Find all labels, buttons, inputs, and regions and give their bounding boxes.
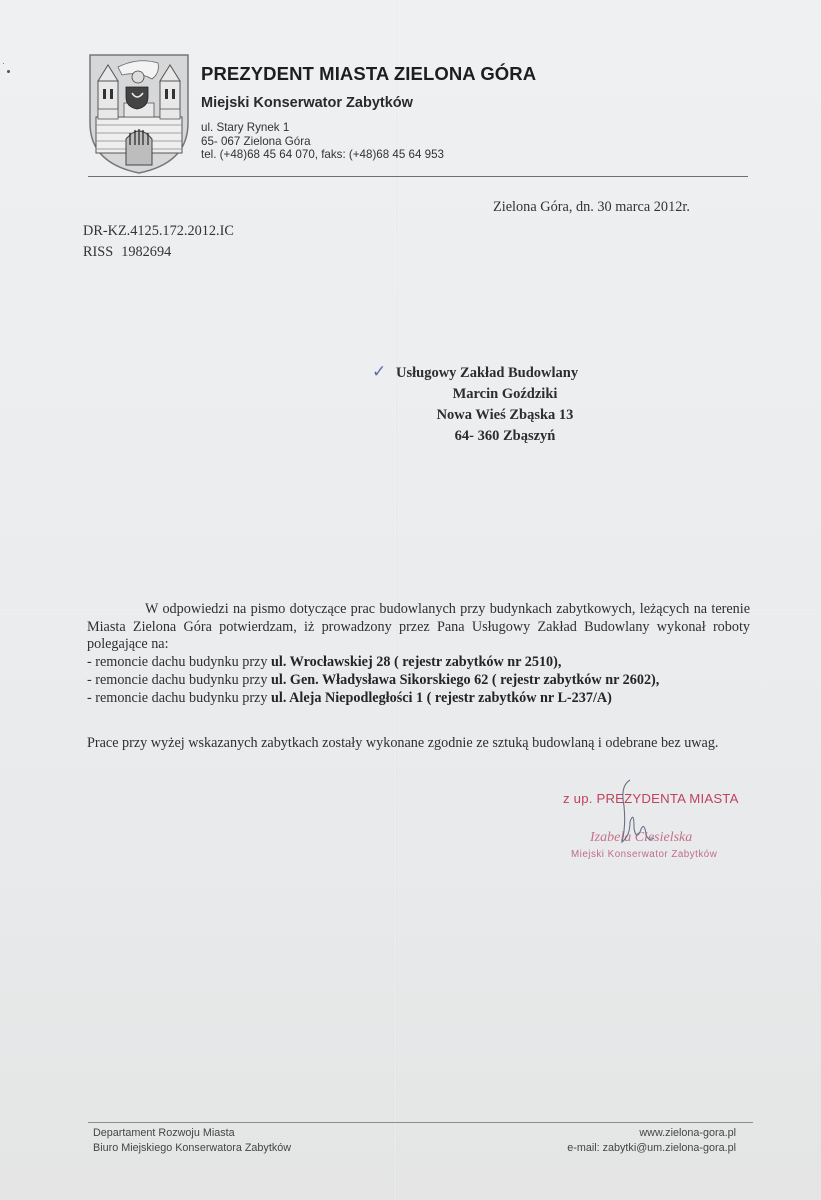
riss-number: 1982694 xyxy=(121,244,171,260)
letter-body: W odpowiedzi na pismo dotyczące prac bud… xyxy=(87,601,750,707)
work-item-prefix: - remoncie dachu budynku przy xyxy=(87,690,271,706)
issuer-subtitle: Miejski Konserwator Zabytków xyxy=(201,95,413,111)
footer-divider xyxy=(88,1122,753,1123)
recipient-city: 64- 360 Zbąszyń xyxy=(390,426,620,447)
footer-contact: www.zielona-gora.pl e-mail: zabytki@um.z… xyxy=(567,1126,736,1155)
riss-line: RISS1982694 xyxy=(83,242,234,263)
checkmark-icon: ✓ xyxy=(372,362,386,382)
body-closing: Prace przy wyżej wskazanych zabytkach zo… xyxy=(87,734,757,753)
work-item: - remoncie dachu budynku przy ul. Gen. W… xyxy=(87,672,750,690)
footer-office-name: Biuro Miejskiego Konserwatora Zabytków xyxy=(93,1141,291,1156)
body-intro: W odpowiedzi na pismo dotyczące prac bud… xyxy=(87,601,750,654)
recipient-name: Marcin Goździki xyxy=(390,384,620,405)
work-item-address: ul. Wrocławskiej 28 ( rejestr zabytków n… xyxy=(271,654,561,670)
footer-department-name: Departament Rozwoju Miasta xyxy=(93,1126,291,1141)
address-city: 65- 067 Zielona Góra xyxy=(201,135,444,149)
footer-department: Departament Rozwoju Miasta Biuro Miejski… xyxy=(93,1126,291,1155)
city-coat-of-arms-icon xyxy=(88,53,190,175)
work-item-prefix: - remoncie dachu budynku przy xyxy=(87,672,271,688)
address-street: ul. Stary Rynek 1 xyxy=(201,121,444,135)
paper-speck xyxy=(7,70,10,73)
footer-email: e-mail: zabytki@um.zielona-gora.pl xyxy=(567,1141,736,1156)
issuer-address: ul. Stary Rynek 1 65- 067 Zielona Góra t… xyxy=(201,121,444,162)
recipient-company: Usługowy Zakład Budowlany xyxy=(390,363,620,384)
handwritten-signature-icon xyxy=(600,776,680,856)
reference-number: DR-KZ.4125.172.2012.IC xyxy=(83,221,234,242)
recipient-address: Usługowy Zakład Budowlany Marcin Goździk… xyxy=(390,363,620,447)
riss-label: RISS xyxy=(83,244,113,260)
letter-date: Zielona Góra, dn. 30 marca 2012r. xyxy=(493,199,690,216)
work-item-address: ul. Aleja Niepodległości 1 ( rejestr zab… xyxy=(271,690,612,706)
reference-block: DR-KZ.4125.172.2012.IC RISS1982694 xyxy=(83,221,234,263)
paper-speck xyxy=(3,63,4,64)
issuer-title: PREZYDENT MIASTA ZIELONA GÓRA xyxy=(201,63,536,85)
recipient-street: Nowa Wieś Zbąska 13 xyxy=(390,405,620,426)
work-item: - remoncie dachu budynku przy ul. Aleja … xyxy=(87,690,750,708)
header-divider xyxy=(88,176,748,177)
footer-website: www.zielona-gora.pl xyxy=(567,1126,736,1141)
paper-fold-vertical xyxy=(395,0,397,1200)
work-item: - remoncie dachu budynku przy ul. Wrocła… xyxy=(87,654,750,672)
work-item-prefix: - remoncie dachu budynku przy xyxy=(87,654,271,670)
work-item-address: ul. Gen. Władysława Sikorskiego 62 ( rej… xyxy=(271,672,659,688)
address-contact: tel. (+48)68 45 64 070, faks: (+48)68 45… xyxy=(201,148,444,162)
